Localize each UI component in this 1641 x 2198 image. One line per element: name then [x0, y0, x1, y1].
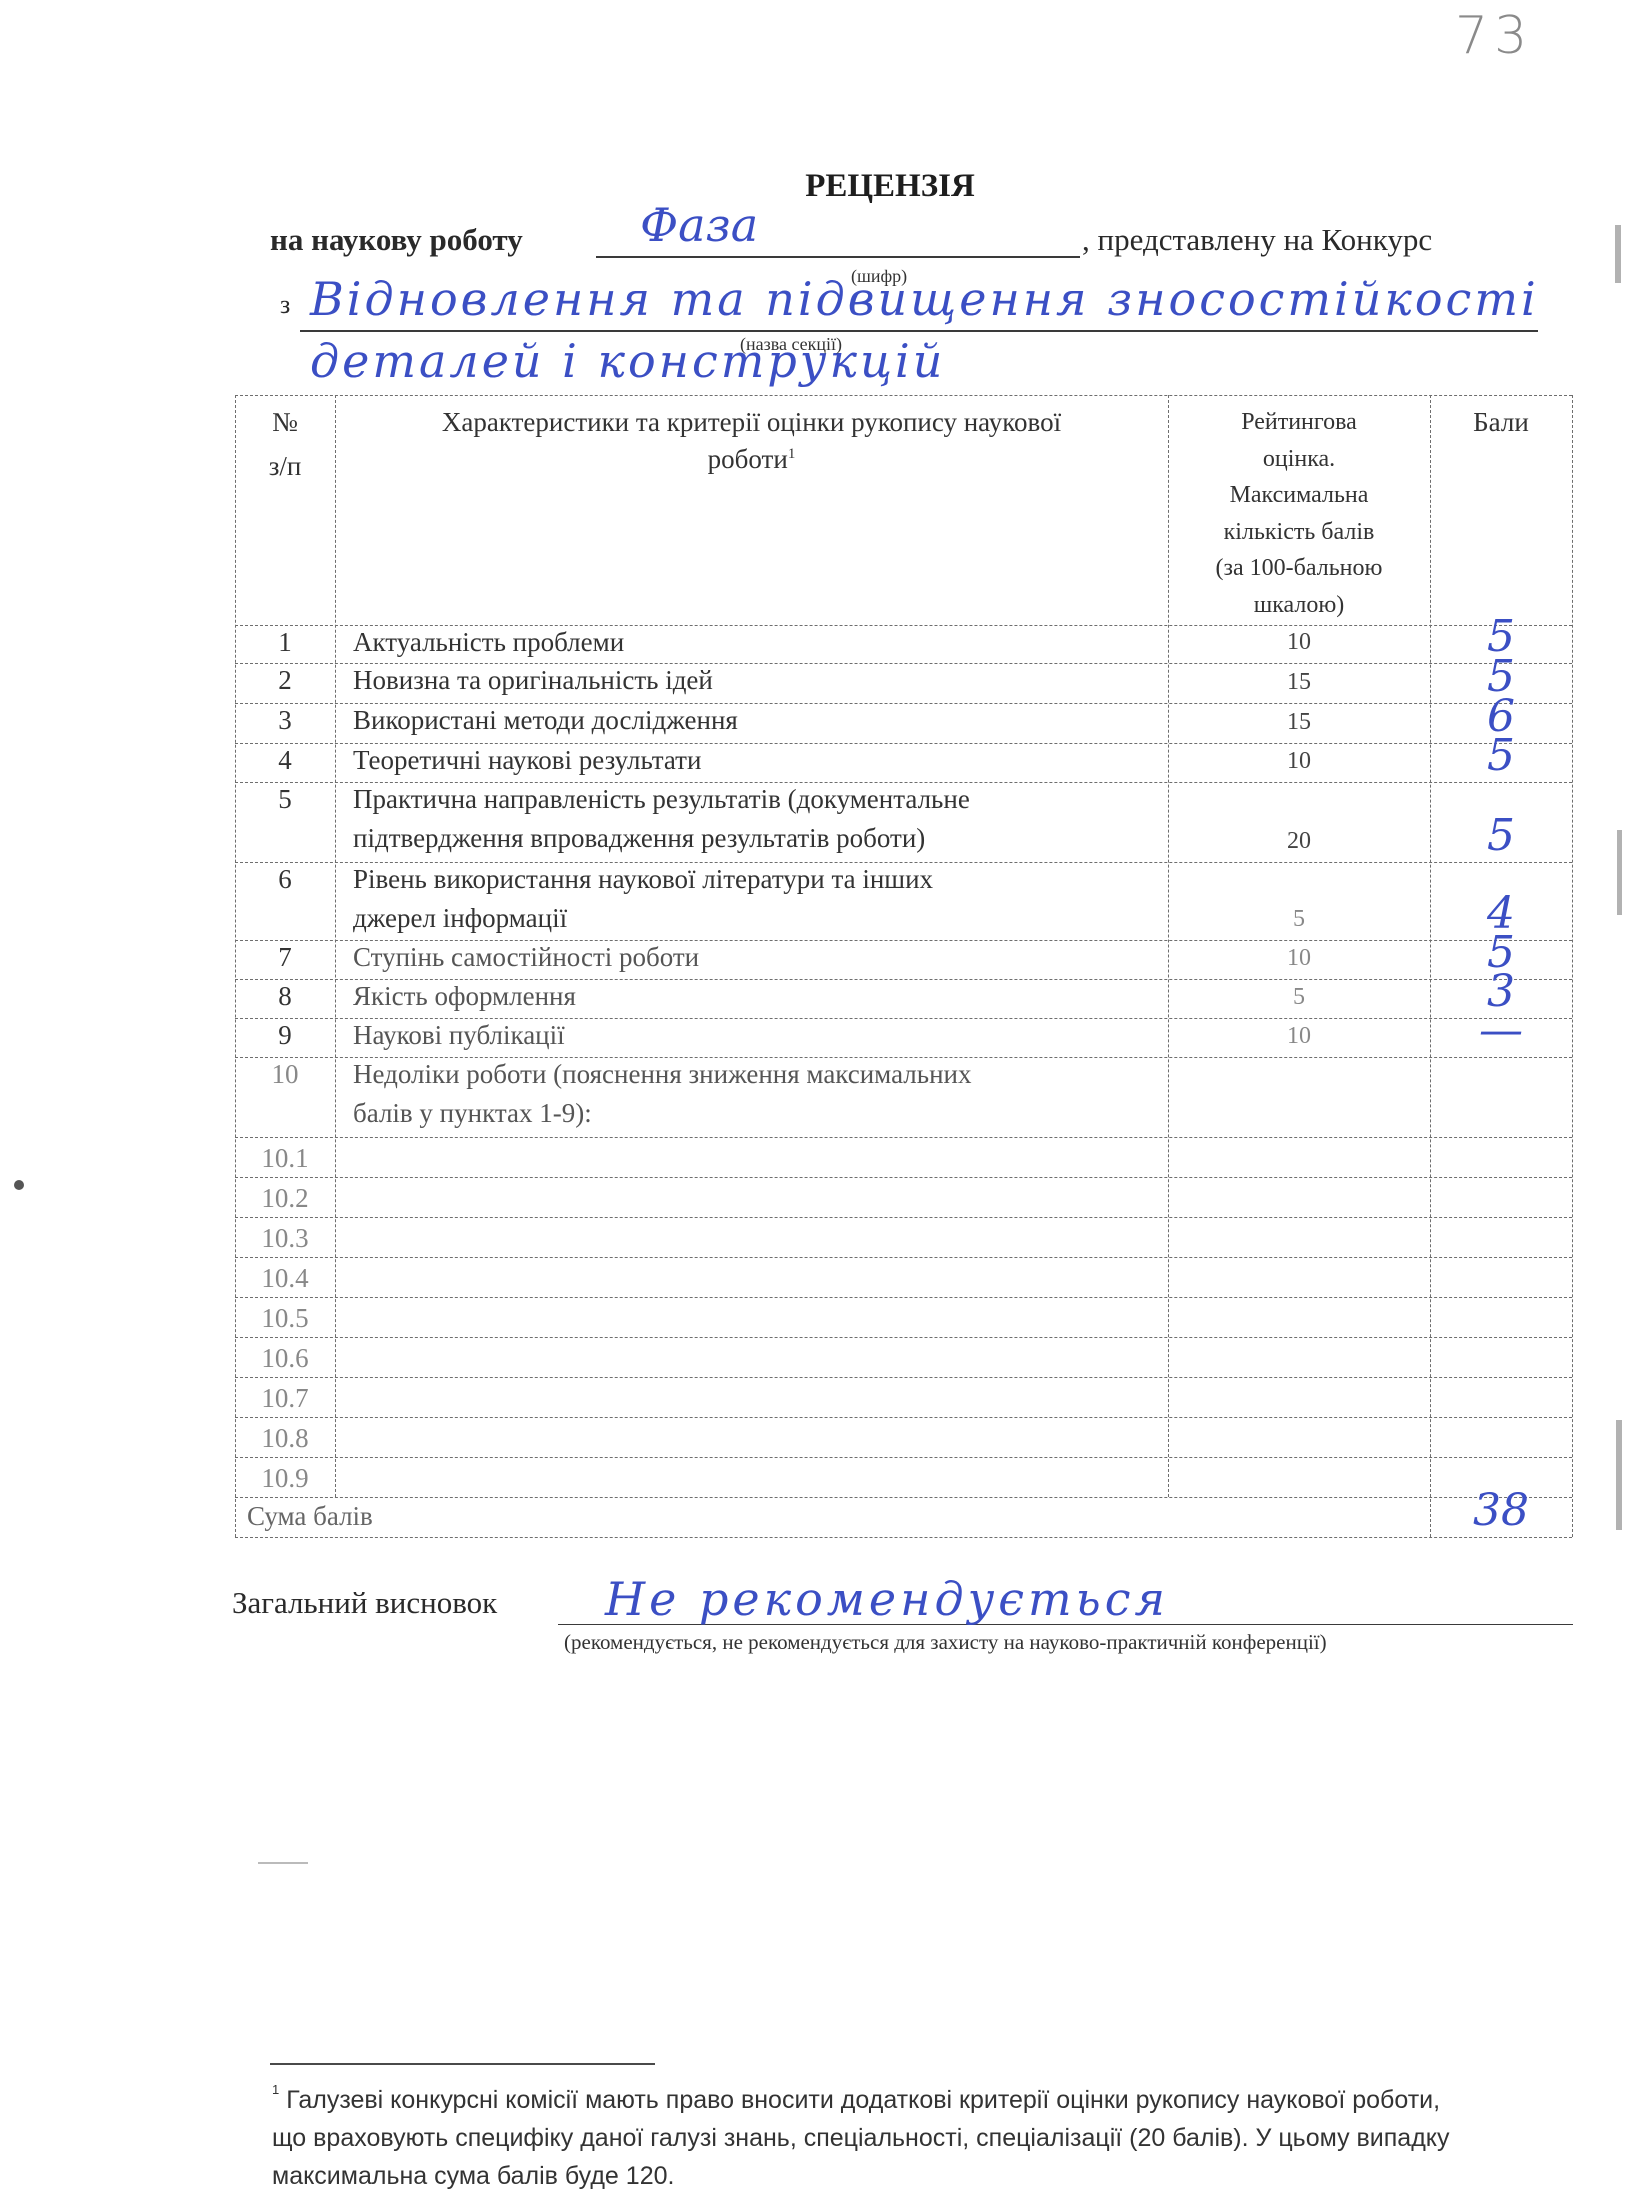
table-rule — [235, 1337, 1572, 1338]
sum-label: Сума балів — [247, 1497, 373, 1535]
table-rule — [235, 395, 1572, 396]
footnote-line-3: максимальна сума балів буде 120. — [272, 2162, 674, 2191]
table-rule — [235, 1297, 1572, 1298]
row-criteria: Наукові публікації — [353, 1016, 565, 1054]
row-criteria: Рівень використання наукової літератури … — [353, 860, 933, 898]
row-number: 10.1 — [235, 1139, 335, 1177]
row-score-field[interactable]: 5 — [1430, 730, 1572, 781]
section-caption: (назва секції) — [740, 334, 842, 355]
sum-score-field[interactable]: 38 — [1430, 1485, 1572, 1536]
row-number: 2 — [235, 661, 335, 699]
row-number: 10.7 — [235, 1379, 335, 1417]
footnote-line-1: 1 Галузеві конкурсні комісії мають право… — [272, 2086, 1440, 2115]
header-max-score: (за 100-бальною — [1168, 549, 1430, 587]
work-suffix: , представлену на Конкурс — [1082, 222, 1432, 258]
table-rule — [235, 1417, 1572, 1418]
header-num: з/п — [235, 447, 335, 485]
conclusion-caption: (рекомендується, не рекомендується для з… — [564, 1630, 1327, 1655]
footnote-text-1: Галузеві конкурсні комісії мають право в… — [286, 2086, 1440, 2114]
table-rule — [235, 1457, 1572, 1458]
section-field-line2[interactable]: деталей і конструкцій — [310, 334, 945, 388]
scan-edge-mark — [1616, 1420, 1622, 1530]
table-rule — [1572, 395, 1573, 1537]
row-number: 10.3 — [235, 1219, 335, 1257]
row-criteria: балів у пунктах 1-9): — [353, 1094, 592, 1132]
row-criteria: Новизна та оригінальність ідей — [353, 661, 713, 699]
header-criteria: роботи1 — [335, 435, 1168, 478]
row-max-score: 10 — [1168, 742, 1430, 780]
row-criteria: Використані методи дослідження — [353, 701, 738, 739]
row-number: 7 — [235, 938, 335, 976]
header-max-score: кількість балів — [1168, 513, 1430, 551]
row-max-score: 15 — [1168, 703, 1430, 741]
row-criteria: Практична направленість результатів (док… — [353, 780, 970, 818]
table-rule — [235, 1137, 1572, 1138]
scan-dot — [14, 1180, 24, 1190]
table-rule — [335, 395, 336, 1497]
row-max-score: 5 — [1168, 978, 1430, 1016]
work-code-field-line — [596, 256, 1080, 258]
row-number: 3 — [235, 701, 335, 739]
row-number: 10.9 — [235, 1459, 335, 1497]
row-max-score: 15 — [1168, 663, 1430, 701]
scan-edge-mark — [1615, 225, 1621, 283]
table-rule — [235, 1497, 1572, 1498]
header-max-score: Максимальна — [1168, 476, 1430, 514]
review-score-table: №з/пХарактеристики та критерії оцінки ру… — [235, 395, 1572, 1537]
row-number: 10.6 — [235, 1339, 335, 1377]
work-code-field[interactable]: Фаза — [640, 198, 758, 252]
row-number: 10.2 — [235, 1179, 335, 1217]
header-criteria-line2: роботи — [708, 444, 788, 474]
section-field-line1[interactable]: Відновлення та підвищення зносостійкості — [310, 272, 1539, 326]
header-max-score: Рейтингова — [1168, 403, 1430, 441]
section-prefix: з — [280, 290, 290, 320]
header-max-score: шкалою) — [1168, 586, 1430, 624]
footnote-separator — [270, 2063, 655, 2065]
section-field-line — [300, 330, 1538, 332]
scan-mark — [258, 1862, 308, 1864]
row-number: 10 — [235, 1055, 335, 1093]
row-criteria: Ступінь самостійності роботи — [353, 938, 699, 976]
header-num: № — [235, 403, 335, 441]
row-number: 5 — [235, 780, 335, 818]
page-number: 73 — [1455, 6, 1533, 66]
row-number: 10.8 — [235, 1419, 335, 1457]
table-rule — [235, 1257, 1572, 1258]
row-max-score: 10 — [1168, 623, 1430, 661]
footnote-line-2: що враховують специфіку даної галузі зна… — [272, 2124, 1450, 2153]
row-number: 9 — [235, 1016, 335, 1054]
header-max-score: оцінка. — [1168, 440, 1430, 478]
row-max-score: 10 — [1168, 1017, 1430, 1055]
footnote-mark: 1 — [272, 2082, 279, 2097]
footnote-ref: 1 — [788, 446, 796, 462]
row-number: 10.4 — [235, 1259, 335, 1297]
scan-edge-mark — [1617, 830, 1622, 915]
row-max-score: 10 — [1168, 939, 1430, 977]
row-max-score: 5 — [1168, 900, 1430, 938]
row-max-score: 20 — [1168, 822, 1430, 860]
table-rule — [235, 1537, 1572, 1538]
row-criteria: Недоліки роботи (пояснення зниження макс… — [353, 1055, 972, 1093]
row-criteria: Актуальність проблеми — [353, 623, 624, 661]
row-score-field[interactable]: 5 — [1430, 810, 1572, 861]
header-score: Бали — [1430, 403, 1572, 441]
conclusion-label: Загальний висновок — [232, 1585, 497, 1621]
table-rule — [235, 1217, 1572, 1218]
row-score-field[interactable]: — — [1430, 1005, 1572, 1056]
row-criteria: джерел інформації — [353, 899, 567, 937]
row-number: 1 — [235, 623, 335, 661]
document-title: РЕЦЕНЗІЯ — [0, 168, 1641, 205]
row-number: 6 — [235, 860, 335, 898]
row-criteria: Якість оформлення — [353, 977, 576, 1015]
row-criteria: Теоретичні наукові результати — [353, 741, 701, 779]
row-criteria: підтвердження впровадження результатів р… — [353, 819, 925, 857]
table-rule — [235, 1177, 1572, 1178]
row-number: 8 — [235, 977, 335, 1015]
row-number: 10.5 — [235, 1299, 335, 1337]
table-rule — [235, 1377, 1572, 1378]
conclusion-field[interactable]: Не рекомендується — [605, 1572, 1169, 1626]
row-number: 4 — [235, 741, 335, 779]
work-label: на наукову роботу — [270, 222, 523, 258]
